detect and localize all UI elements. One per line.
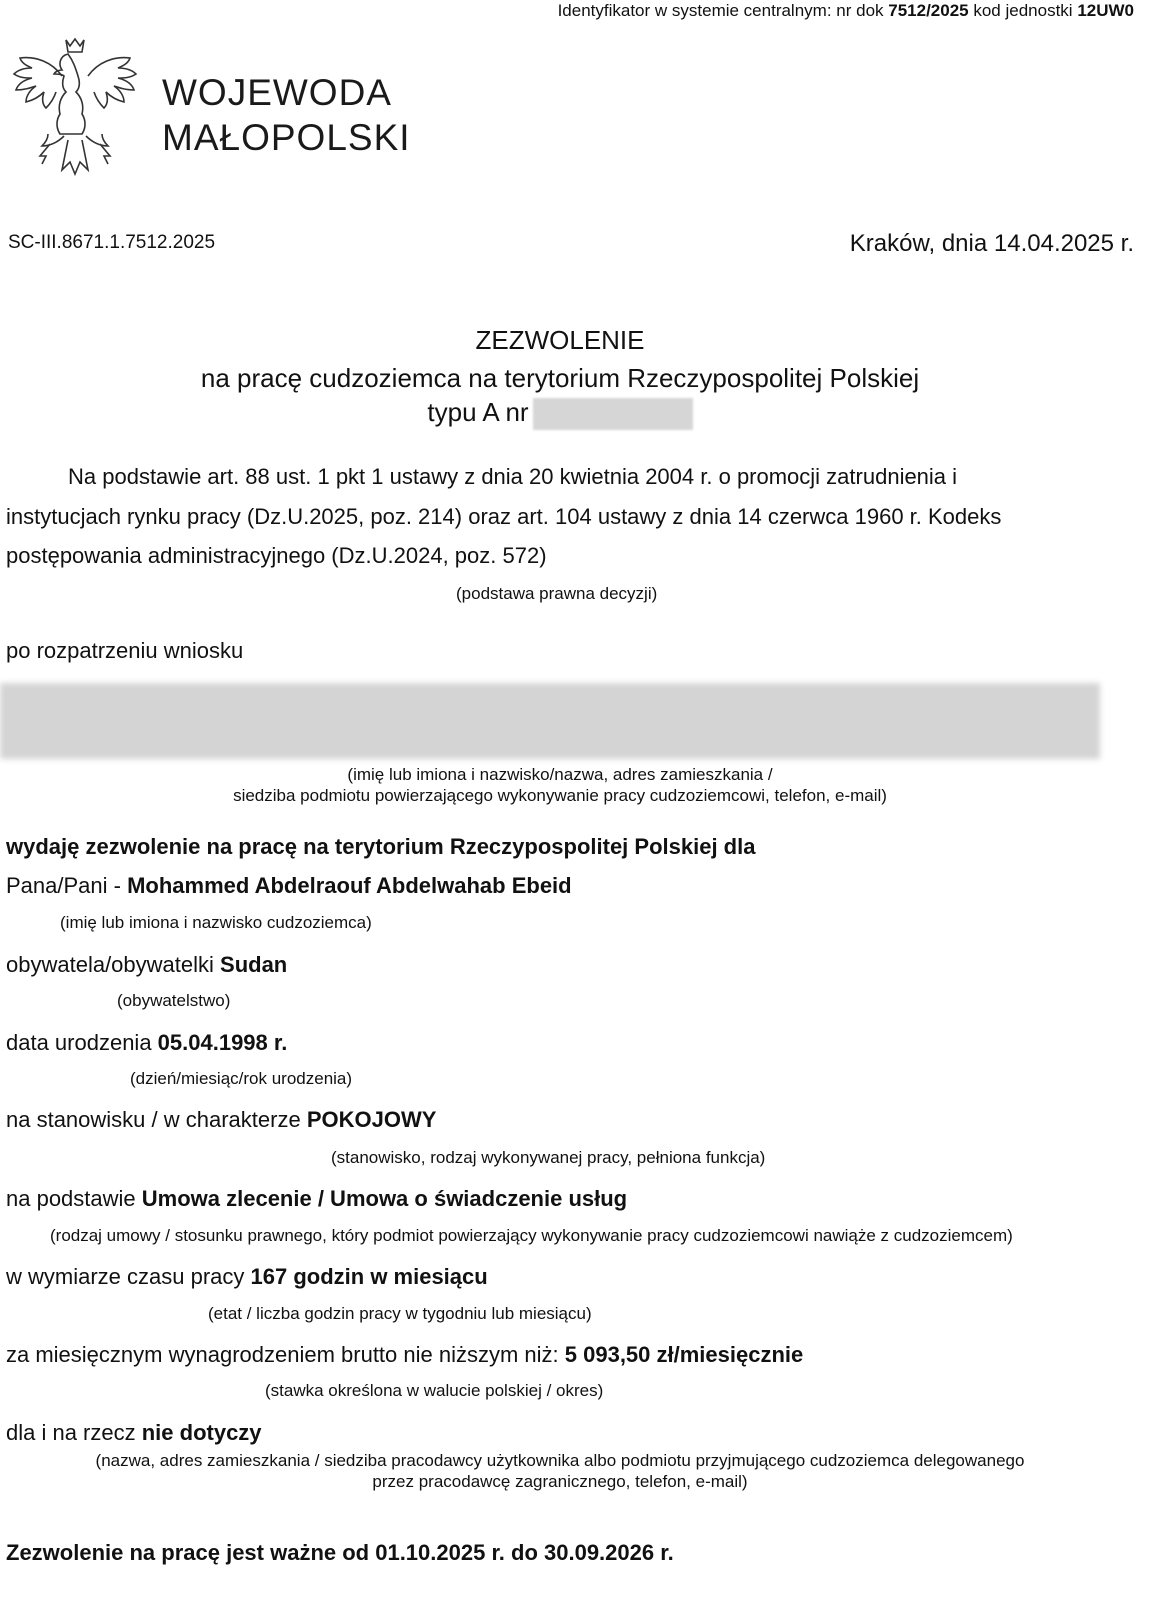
beneficiary-hint-line-1: (nazwa, adres zamieszkania / siedziba pr…: [0, 1451, 1120, 1471]
birth-date-value: 05.04.1998 r.: [158, 1030, 288, 1055]
salary-line: za miesięcznym wynagrodzeniem brutto nie…: [6, 1342, 803, 1368]
permit-type-line: typu A nr: [0, 397, 1120, 430]
foreigner-name-line: Pana/Pani - Mohammed Abdelraouf Abdelwah…: [6, 873, 572, 899]
beneficiary-hint-line-2: przez pracodawcę zagranicznego, telefon,…: [0, 1472, 1120, 1492]
document-subtitle: na pracę cudzoziemca na terytorium Rzecz…: [0, 363, 1120, 394]
applicant-hint-line-1: (imię lub imiona i nazwisko/nazwa, adres…: [0, 765, 1120, 785]
contract-type-value: Umowa zlecenie / Umowa o świadczenie usł…: [142, 1186, 627, 1211]
redacted-applicant-details: [0, 683, 1100, 759]
applicant-hint-line-2: siedziba podmiotu powierzającego wykonyw…: [0, 786, 1120, 806]
working-hours-value: 167 godzin w miesiącu: [251, 1264, 488, 1289]
foreigner-name: Mohammed Abdelraouf Abdelwahab Ebeid: [127, 873, 572, 898]
position-line: na stanowisku / w charakterze POKOJOWY: [6, 1107, 436, 1133]
legal-basis-line-1: Na podstawie art. 88 ust. 1 pkt 1 ustawy…: [68, 464, 957, 490]
unit-code: 12UW0: [1077, 1, 1134, 20]
application-label: po rozpatrzeniu wniosku: [6, 638, 243, 664]
polish-eagle-emblem-icon: [10, 32, 140, 182]
foreigner-name-hint: (imię lub imiona i nazwisko cudzoziemca): [60, 913, 372, 933]
position-hint: (stanowisko, rodzaj wykonywanej pracy, p…: [331, 1148, 765, 1168]
decision-statement: wydaję zezwolenie na pracę na terytorium…: [6, 834, 755, 860]
citizenship-value: Sudan: [220, 952, 287, 977]
salary-value: 5 093,50 zł/miesięcznie: [565, 1342, 804, 1367]
beneficiary-value: nie dotyczy: [142, 1420, 262, 1445]
validity-period: Zezwolenie na pracę jest ważne od 01.10.…: [6, 1540, 674, 1566]
citizenship-hint: (obywatelstwo): [117, 991, 230, 1011]
position-value: POKOJOWY: [307, 1107, 437, 1132]
beneficiary-line: dla i na rzecz nie dotyczy: [6, 1420, 262, 1446]
birth-date-hint: (dzień/miesiąc/rok urodzenia): [130, 1069, 352, 1089]
legal-basis-line-3: postępowania administracyjnego (Dz.U.202…: [6, 543, 547, 569]
birth-date-line: data urodzenia 05.04.1998 r.: [6, 1030, 287, 1056]
legal-basis-line-2: instytucjach rynku pracy (Dz.U.2025, poz…: [6, 504, 1001, 530]
working-hours-line: w wymiarze czasu pracy 167 godzin w mies…: [6, 1264, 488, 1290]
case-reference-number: SC-III.8671.1.7512.2025: [8, 232, 215, 254]
place-and-date: Kraków, dnia 14.04.2025 r.: [850, 230, 1134, 258]
citizenship-line: obywatela/obywatelki Sudan: [6, 952, 287, 978]
doc-number: 7512/2025: [888, 1, 968, 20]
salary-hint: (stawka określona w walucie polskiej / o…: [265, 1381, 603, 1401]
document-title: ZEZWOLENIE: [0, 325, 1120, 356]
legal-basis-hint: (podstawa prawna decyzji): [456, 584, 657, 604]
redacted-permit-number: [533, 398, 693, 430]
working-hours-hint: (etat / liczba godzin pracy w tygodniu l…: [208, 1304, 592, 1324]
contract-hint: (rodzaj umowy / stosunku prawnego, który…: [50, 1226, 1013, 1246]
contract-line: na podstawie Umowa zlecenie / Umowa o św…: [6, 1186, 627, 1212]
issuing-authority: WOJEWODA MAŁOPOLSKI: [162, 70, 411, 160]
central-system-identifier: Identyfikator w systemie centralnym: nr …: [558, 1, 1134, 21]
